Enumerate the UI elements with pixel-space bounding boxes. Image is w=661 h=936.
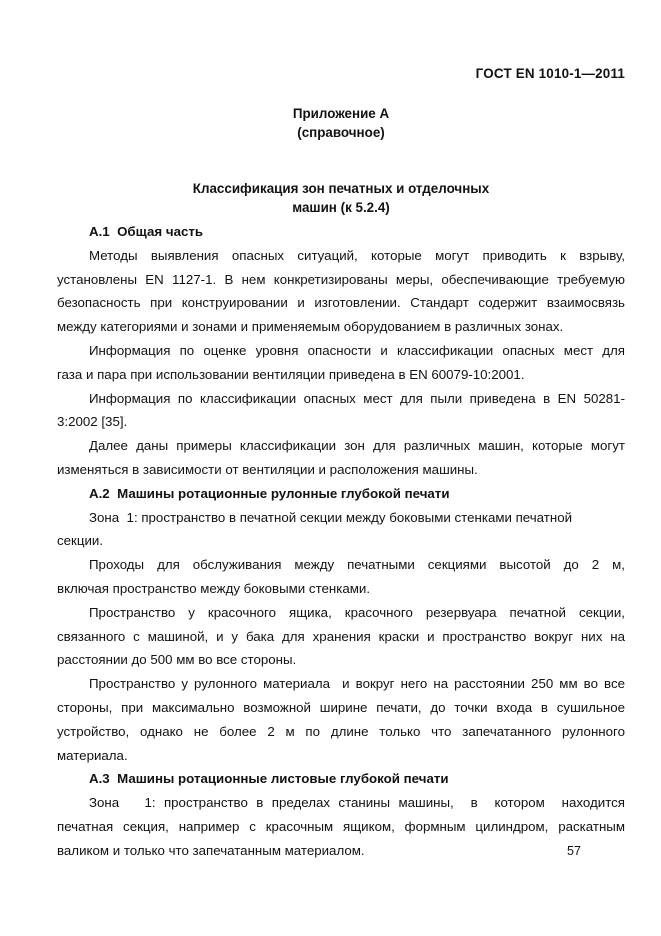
paragraph-line: материала. xyxy=(57,744,625,768)
section-heading-a2: А.2 Машины ротационные рулонные глубокой… xyxy=(57,482,625,506)
paragraph-line: стороны, при максимально возможной ширин… xyxy=(57,696,625,720)
paragraph-line: Далее даны примеры классификации зон для… xyxy=(57,434,625,458)
paragraph-line: Проходы для обслуживания между печатными… xyxy=(57,553,625,577)
appendix-label: Приложение А xyxy=(57,105,625,124)
paragraph-line: газа и пара при использовании вентиляции… xyxy=(57,363,625,387)
appendix-heading: Приложение А (справочное) xyxy=(57,105,625,142)
paragraph-line: секции. xyxy=(57,529,625,553)
running-header-standard-code: ГОСТ EN 1010-1—2011 xyxy=(476,66,625,81)
paragraph-line: Методы выявления опасных ситуаций, котор… xyxy=(57,244,625,268)
paragraph-line: Информация по оценке уровня опасности и … xyxy=(57,339,625,363)
paragraph-line: установлены EN 1127-1. В нем конкретизир… xyxy=(57,268,625,292)
section-heading-a3: А.3 Машины ротационные листовые глубокой… xyxy=(57,767,625,791)
paragraph-line: Информация по классификации опасных мест… xyxy=(57,387,625,411)
appendix-type: (справочное) xyxy=(57,124,625,143)
paragraph-line: связанного с машиной, и у бака для хране… xyxy=(57,625,625,649)
paragraph-line: Пространство у красочного ящика, красочн… xyxy=(57,601,625,625)
paragraph-line: валиком и только что запечатанным матери… xyxy=(57,839,625,863)
paragraph-line: Зона 1: пространство в пределах станины … xyxy=(57,791,625,815)
appendix-title-line: Классификация зон печатных и отделочных xyxy=(57,180,625,199)
paragraph-line: безопасность при конструировании и изгот… xyxy=(57,291,625,315)
appendix-title-line: машин (к 5.2.4) xyxy=(57,199,625,218)
section-heading-a1: А.1 Общая часть xyxy=(57,220,625,244)
page-number: 57 xyxy=(567,844,581,858)
paragraph-line: изменяться в зависимости от вентиляции и… xyxy=(57,458,625,482)
document-body: А.1 Общая часть Методы выявления опасных… xyxy=(57,220,625,863)
paragraph-line: между категориями и зонами и применяемым… xyxy=(57,315,625,339)
paragraph-line: устройство, однако не более 2 м по длине… xyxy=(57,720,625,744)
paragraph-line: печатная секция, например с красочным ящ… xyxy=(57,815,625,839)
paragraph-line: расстоянии до 500 мм во все стороны. xyxy=(57,648,625,672)
paragraph-line: 3:2002 [35]. xyxy=(57,410,625,434)
paragraph-line: включая пространство между боковыми стен… xyxy=(57,577,625,601)
document-page: ГОСТ EN 1010-1—2011 Приложение А (справо… xyxy=(0,0,661,936)
paragraph-line: Пространство у рулонного материала и вок… xyxy=(57,672,625,696)
paragraph-line: Зона 1: пространство в печатной секции м… xyxy=(57,506,625,530)
appendix-title: Классификация зон печатных и отделочных … xyxy=(57,180,625,217)
